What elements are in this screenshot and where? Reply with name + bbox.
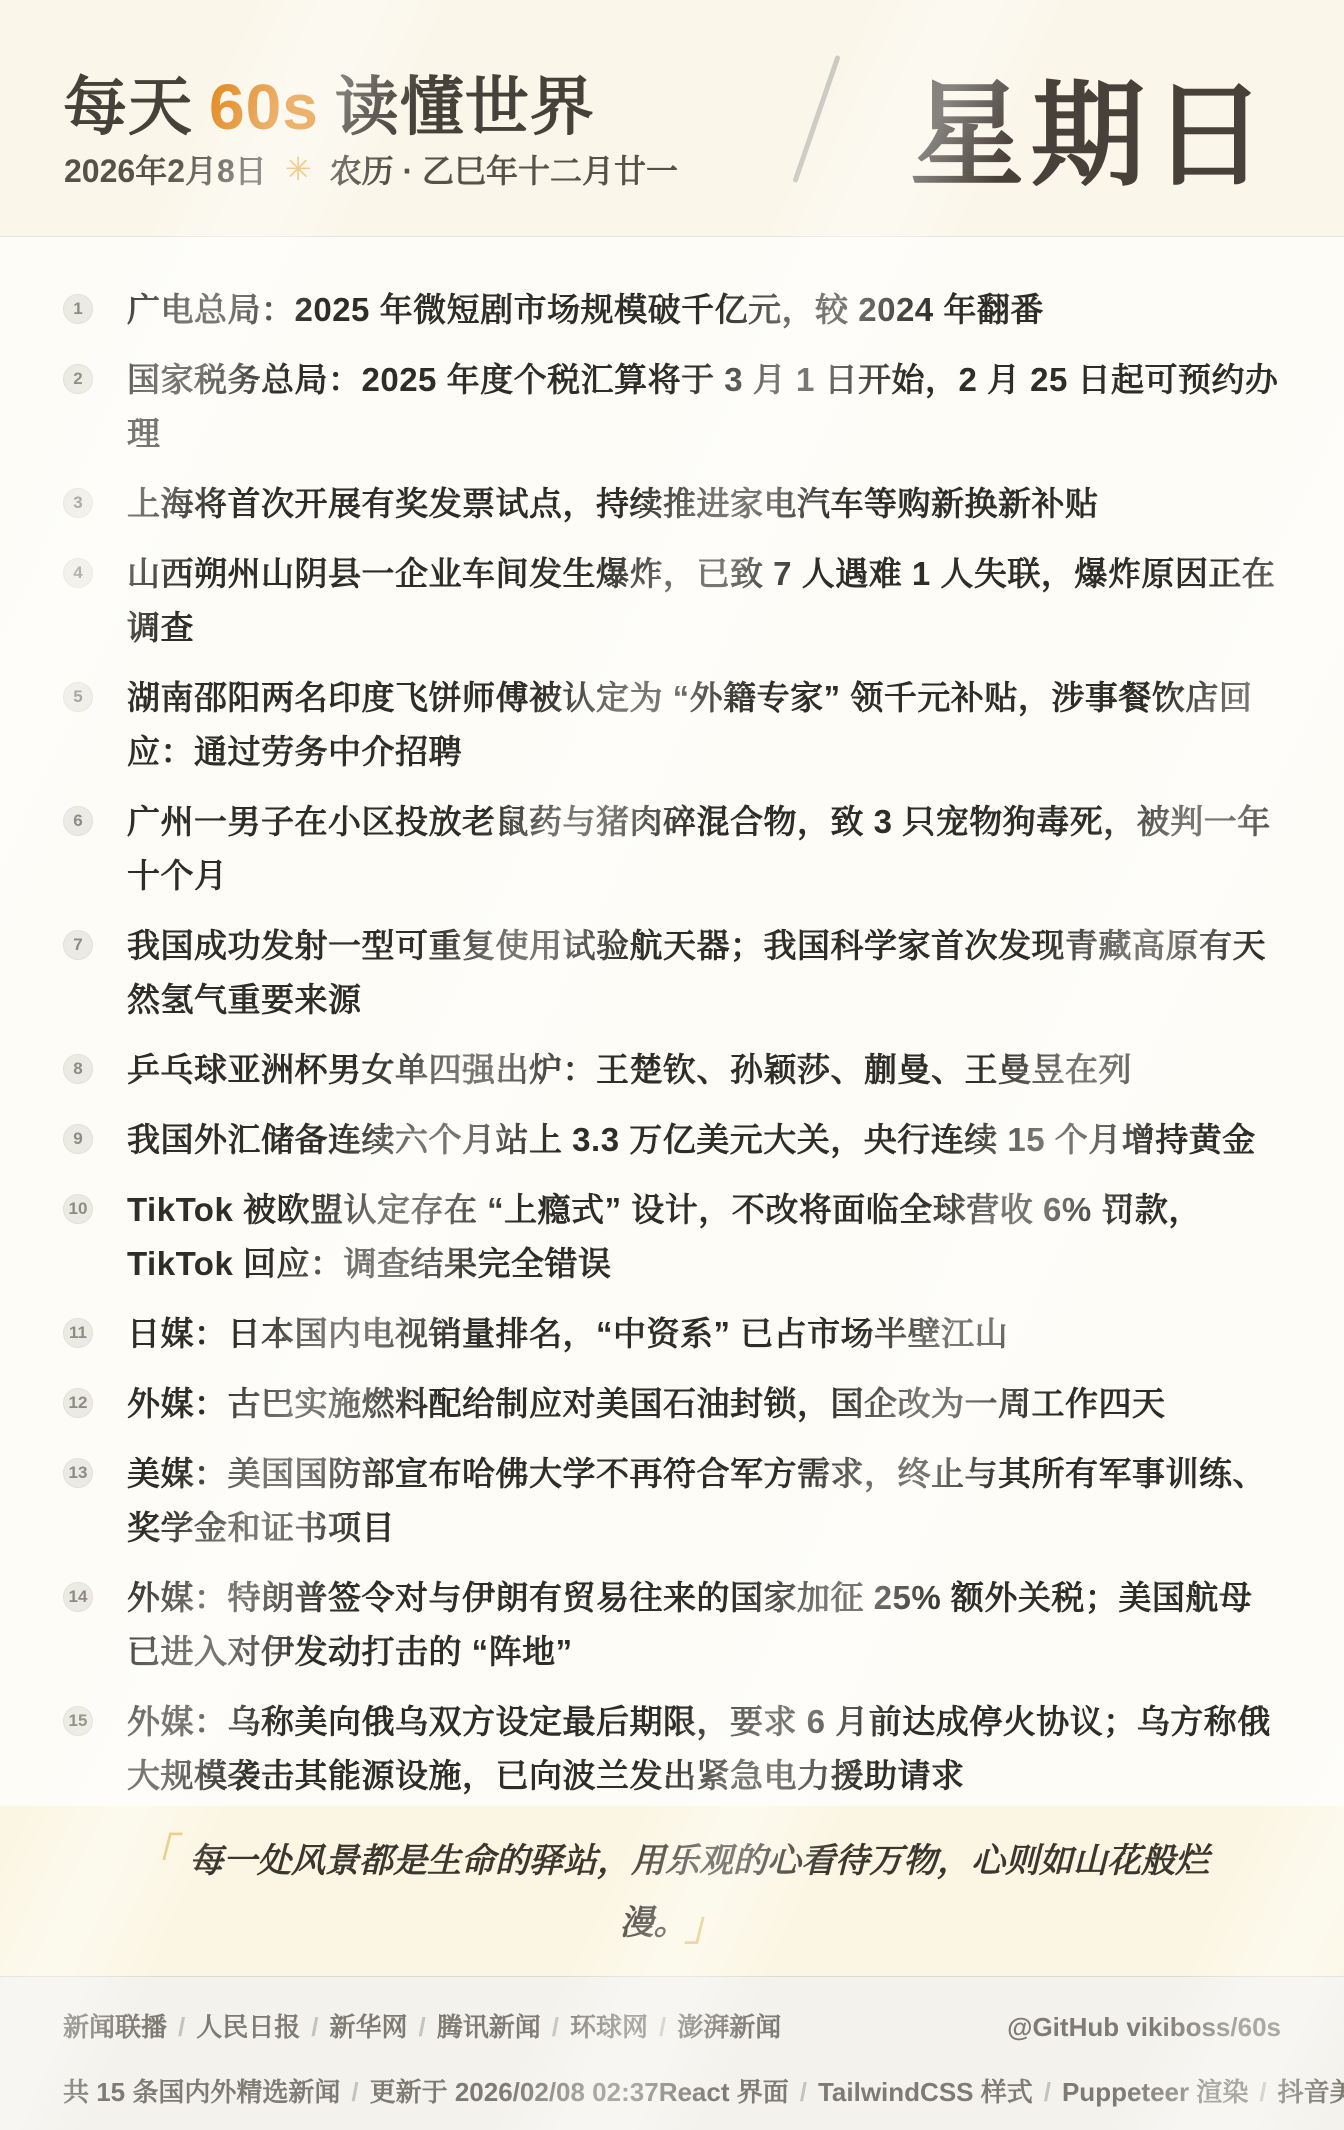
- news-item-text: 国家税务总局：2025 年度个税汇算将于 3 月 1 日开始，2 月 25 日起…: [127, 353, 1281, 461]
- news-item-text: 上海将首次开展有奖发票试点，持续推进家电汽车等购新换新补贴: [127, 477, 1281, 531]
- news-item-text: 外媒：特朗普签令对与伊朗有贸易往来的国家加征 25% 额外关税；美国航母已进入对…: [127, 1571, 1281, 1679]
- news-item: 11 日媒：日本国内电视销量排名，“中资系” 已占市场半壁江山: [63, 1307, 1281, 1361]
- gregorian-date: 2026年2月8日: [64, 146, 267, 192]
- news-item-text: 乒乓球亚洲杯男女单四强出炉：王楚钦、孙颖莎、蒯曼、王曼昱在列: [127, 1043, 1281, 1097]
- weekday-label: 星期日: [910, 44, 1273, 208]
- daily-quote: 「每一处风景都是生命的驿站，用乐观的心看待万物，心则如山花般烂漫。」: [132, 1829, 1212, 1953]
- item-number-badge: 3: [63, 488, 93, 518]
- separator: /: [659, 2012, 666, 2042]
- news-item-text: TikTok 被欧盟认定存在 “上瘾式” 设计，不改将面临全球营收 6% 罚款，…: [127, 1183, 1281, 1291]
- footer-row-1: 新闻联播/人民日报/新华网/腾讯新闻/环球网/澎湃新闻 @GitHub viki…: [63, 2007, 1281, 2044]
- news-item: 6 广州一男子在小区投放老鼠药与猪肉碎混合物，致 3 只宠物狗毒死，被判一年十个…: [63, 795, 1281, 903]
- quote-section: 「每一处风景都是生命的驿站，用乐观的心看待万物，心则如山花般烂漫。」: [0, 1806, 1344, 1977]
- news-item-text: 外媒：乌称美向俄乌双方设定最后期限，要求 6 月前达成停火协议；乌方称俄大规模袭…: [127, 1695, 1281, 1803]
- title-suffix: 读懂世界: [335, 71, 595, 143]
- news-item-text: 广电总局：2025 年微短剧市场规模破千亿元，较 2024 年翻番: [127, 283, 1281, 337]
- news-item-text: 我国外汇储备连续六个月站上 3.3 万亿美元大关，央行连续 15 个月增持黄金: [127, 1113, 1281, 1167]
- news-sources-list: 新闻联播/人民日报/新华网/腾讯新闻/环球网/澎湃新闻: [63, 2007, 781, 2044]
- title-highlight: 60s: [209, 71, 319, 143]
- separator: /: [419, 2012, 426, 2042]
- news-item-text: 外媒：古巴实施燃料配给制应对美国石油封锁，国企改为一周工作四天: [127, 1377, 1281, 1431]
- tech-stack-item: 抖音美好体: [1278, 2077, 1344, 2107]
- asterisk-icon: ✳: [285, 150, 312, 188]
- separator: /: [178, 2012, 185, 2042]
- news-source: 人民日报: [196, 2012, 300, 2042]
- separator: /: [1044, 2077, 1051, 2107]
- news-item: 10 TikTok 被欧盟认定存在 “上瘾式” 设计，不改将面临全球营收 6% …: [63, 1183, 1281, 1291]
- tech-stack-list: React 界面/TailwindCSS 样式/Puppeteer 渲染/抖音美…: [659, 2072, 1344, 2109]
- news-item-text: 湖南邵阳两名印度飞饼师傅被认定为 “外籍专家” 领千元补贴，涉事餐饮店回应：通过…: [127, 671, 1281, 779]
- daily-news-poster: 每天60s读懂世界 2026年2月8日 ✳ 农历 · 乙巳年十二月廿一 星期日 …: [0, 0, 1344, 2130]
- news-item-text: 山西朔州山阴县一企业车间发生爆炸，已致 7 人遇难 1 人失联，爆炸原因正在调查: [127, 547, 1281, 655]
- news-item-text: 我国成功发射一型可重复使用试验航天器；我国科学家首次发现青藏高原有天然氢气重要来…: [127, 919, 1281, 1027]
- news-item: 14 外媒：特朗普签令对与伊朗有贸易往来的国家加征 25% 额外关税；美国航母已…: [63, 1571, 1281, 1679]
- footer-row-2: 共 15 条国内外精选新闻/更新于 2026/02/08 02:37 React…: [63, 2072, 1281, 2109]
- news-item: 1 广电总局：2025 年微短剧市场规模破千亿元，较 2024 年翻番: [63, 283, 1281, 337]
- item-number-badge: 4: [63, 558, 93, 588]
- date-row: 2026年2月8日 ✳ 农历 · 乙巳年十二月廿一: [64, 146, 678, 192]
- news-list: 1 广电总局：2025 年微短剧市场规模破千亿元，较 2024 年翻番 2 国家…: [0, 237, 1344, 1806]
- item-number-badge: 10: [63, 1194, 93, 1224]
- separator: /: [552, 2012, 559, 2042]
- quote-open-bracket-icon: 「: [135, 1832, 175, 1876]
- news-item: 13 美媒：美国国防部宣布哈佛大学不再符合军方需求，终止与其所有军事训练、奖学金…: [63, 1447, 1281, 1555]
- title-prefix: 每天: [63, 71, 193, 143]
- news-item-text: 美媒：美国国防部宣布哈佛大学不再符合军方需求，终止与其所有军事训练、奖学金和证书…: [127, 1447, 1281, 1555]
- news-item: 3 上海将首次开展有奖发票试点，持续推进家电汽车等购新换新补贴: [63, 477, 1281, 531]
- item-number-badge: 14: [63, 1582, 93, 1612]
- item-number-badge: 5: [63, 682, 93, 712]
- tech-stack-item: TailwindCSS 样式: [818, 2077, 1033, 2107]
- item-number-badge: 7: [63, 930, 93, 960]
- quote-close-bracket-icon: 」: [685, 1905, 725, 1949]
- footer-meta-list: 共 15 条国内外精选新闻/更新于 2026/02/08 02:37: [63, 2072, 659, 2109]
- news-source: 环球网: [570, 2012, 648, 2042]
- news-item: 4 山西朔州山阴县一企业车间发生爆炸，已致 7 人遇难 1 人失联，爆炸原因正在…: [63, 547, 1281, 655]
- news-item: 15 外媒：乌称美向俄乌双方设定最后期限，要求 6 月前达成停火协议；乌方称俄大…: [63, 1695, 1281, 1803]
- item-number-badge: 8: [63, 1054, 93, 1084]
- item-number-badge: 12: [63, 1388, 93, 1418]
- github-handle: @GitHub vikiboss/60s: [1007, 2012, 1281, 2043]
- news-source: 腾讯新闻: [437, 2012, 541, 2042]
- news-source: 新华网: [330, 2012, 408, 2042]
- tech-stack-item: Puppeteer 渲染: [1062, 2077, 1248, 2107]
- news-item: 2 国家税务总局：2025 年度个税汇算将于 3 月 1 日开始，2 月 25 …: [63, 353, 1281, 461]
- separator: /: [351, 2077, 358, 2107]
- slash-divider: [792, 55, 840, 183]
- item-number-badge: 15: [63, 1706, 93, 1736]
- news-item-text: 日媒：日本国内电视销量排名，“中资系” 已占市场半壁江山: [127, 1307, 1281, 1361]
- item-number-badge: 1: [63, 294, 93, 324]
- news-source: 新闻联播: [63, 2012, 167, 2042]
- news-source: 澎湃新闻: [677, 2012, 781, 2042]
- separator: /: [1259, 2077, 1266, 2107]
- footer: 新闻联播/人民日报/新华网/腾讯新闻/环球网/澎湃新闻 @GitHub viki…: [0, 1977, 1344, 2130]
- news-item: 8 乒乓球亚洲杯男女单四强出炉：王楚钦、孙颖莎、蒯曼、王曼昱在列: [63, 1043, 1281, 1097]
- item-number-badge: 6: [63, 806, 93, 836]
- news-item: 7 我国成功发射一型可重复使用试验航天器；我国科学家首次发现青藏高原有天然氢气重…: [63, 919, 1281, 1027]
- item-number-badge: 13: [63, 1458, 93, 1488]
- page-title: 每天60s读懂世界: [63, 56, 595, 148]
- item-number-badge: 2: [63, 364, 93, 394]
- tech-stack-item: React 界面: [659, 2077, 789, 2107]
- news-item: 5 湖南邵阳两名印度飞饼师傅被认定为 “外籍专家” 领千元补贴，涉事餐饮店回应：…: [63, 671, 1281, 779]
- item-number-badge: 11: [63, 1318, 93, 1348]
- news-item: 9 我国外汇储备连续六个月站上 3.3 万亿美元大关，央行连续 15 个月增持黄…: [63, 1113, 1281, 1167]
- footer-meta: 更新于 2026/02/08 02:37: [370, 2077, 659, 2107]
- header: 每天60s读懂世界 2026年2月8日 ✳ 农历 · 乙巳年十二月廿一 星期日: [0, 0, 1344, 237]
- footer-meta: 共 15 条国内外精选新闻: [63, 2077, 340, 2107]
- news-item: 12 外媒：古巴实施燃料配给制应对美国石油封锁，国企改为一周工作四天: [63, 1377, 1281, 1431]
- separator: /: [800, 2077, 807, 2107]
- news-item-text: 广州一男子在小区投放老鼠药与猪肉碎混合物，致 3 只宠物狗毒死，被判一年十个月: [127, 795, 1281, 903]
- lunar-date: 农历 · 乙巳年十二月廿一: [330, 146, 678, 192]
- separator: /: [311, 2012, 318, 2042]
- item-number-badge: 9: [63, 1124, 93, 1154]
